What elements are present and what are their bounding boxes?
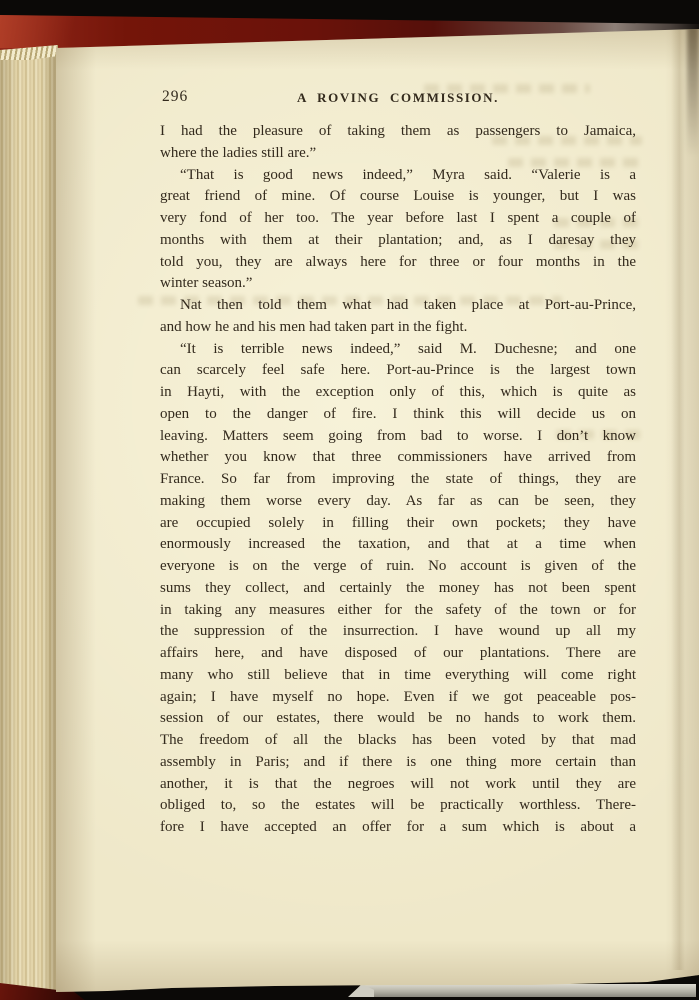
text-line: “It is terrible news indeed,” said M. Du… <box>160 339 636 361</box>
text-line: making them worse every day. As far as c… <box>160 491 636 513</box>
text-line: leaving. Matters seem going from bad to … <box>160 426 636 448</box>
text-line: months with them at their plantation; an… <box>160 230 636 252</box>
text-line: another, it is that the negroes will not… <box>160 774 636 796</box>
running-header-title: A ROVING COMMISSION. <box>160 88 636 106</box>
page-crease <box>671 30 685 970</box>
text-line: told you, they are always here for three… <box>160 252 636 274</box>
text-line: assembly in Paris; and if there is one t… <box>160 752 636 774</box>
text-line: the suppression of the insurrection. I h… <box>160 621 636 643</box>
text-line: enormously increased the taxation, and t… <box>160 534 636 556</box>
text-line: in Hayti, with the exception only of thi… <box>160 382 636 404</box>
text-line: can scarcely feel safe here. Port-au-Pri… <box>160 360 636 382</box>
text-line: winter season.” <box>160 273 636 295</box>
text-line: whether you know that three commissioner… <box>160 447 636 469</box>
text-line: The freedom of all the blacks has been v… <box>160 730 636 752</box>
scanner-cradle-bar <box>348 984 696 997</box>
book-page: 296 A ROVING COMMISSION. I had the pleas… <box>56 0 699 1000</box>
text-line: France. So far from improving the state … <box>160 469 636 491</box>
text-line: affairs here, and have disposed of our p… <box>160 643 636 665</box>
text-line: open to the danger of fire. I think this… <box>160 404 636 426</box>
text-line: obliged to, so the estates will be pract… <box>160 795 636 817</box>
page-fore-edge-stack <box>0 34 58 992</box>
body-text: I had the pleasure of taking them as pas… <box>160 121 636 839</box>
text-line: again; I have myself no hope. Even if we… <box>160 687 636 709</box>
text-line: and how he and his men had taken part in… <box>160 317 636 339</box>
text-line: “That is good news indeed,” Myra said. “… <box>160 165 636 187</box>
text-line: Nat then told them what had taken place … <box>160 295 636 317</box>
text-line: I had the pleasure of taking them as pas… <box>160 121 636 143</box>
text-line: fore I have accepted an offer for a sum … <box>160 817 636 839</box>
book-photo: 296 A ROVING COMMISSION. I had the pleas… <box>0 0 699 1000</box>
text-line: sums they collect, and certainly the mon… <box>160 578 636 600</box>
text-line: great friend of mine. Of course Louise i… <box>160 186 636 208</box>
text-line: everyone is on the verge of ruin. No acc… <box>160 556 636 578</box>
text-line: in taking any measures either for the sa… <box>160 600 636 622</box>
text-line: many who still believe that in time ever… <box>160 665 636 687</box>
page-number: 296 <box>162 88 188 106</box>
page-header: 296 A ROVING COMMISSION. <box>160 88 636 106</box>
page-edge-shadow <box>687 26 699 156</box>
text-line: where the ladies still are.” <box>160 143 636 165</box>
text-line: are occupied solely in filling their own… <box>160 513 636 535</box>
text-line: very fond of her too. The year before la… <box>160 208 636 230</box>
text-line: session of our estates, there would be n… <box>160 708 636 730</box>
